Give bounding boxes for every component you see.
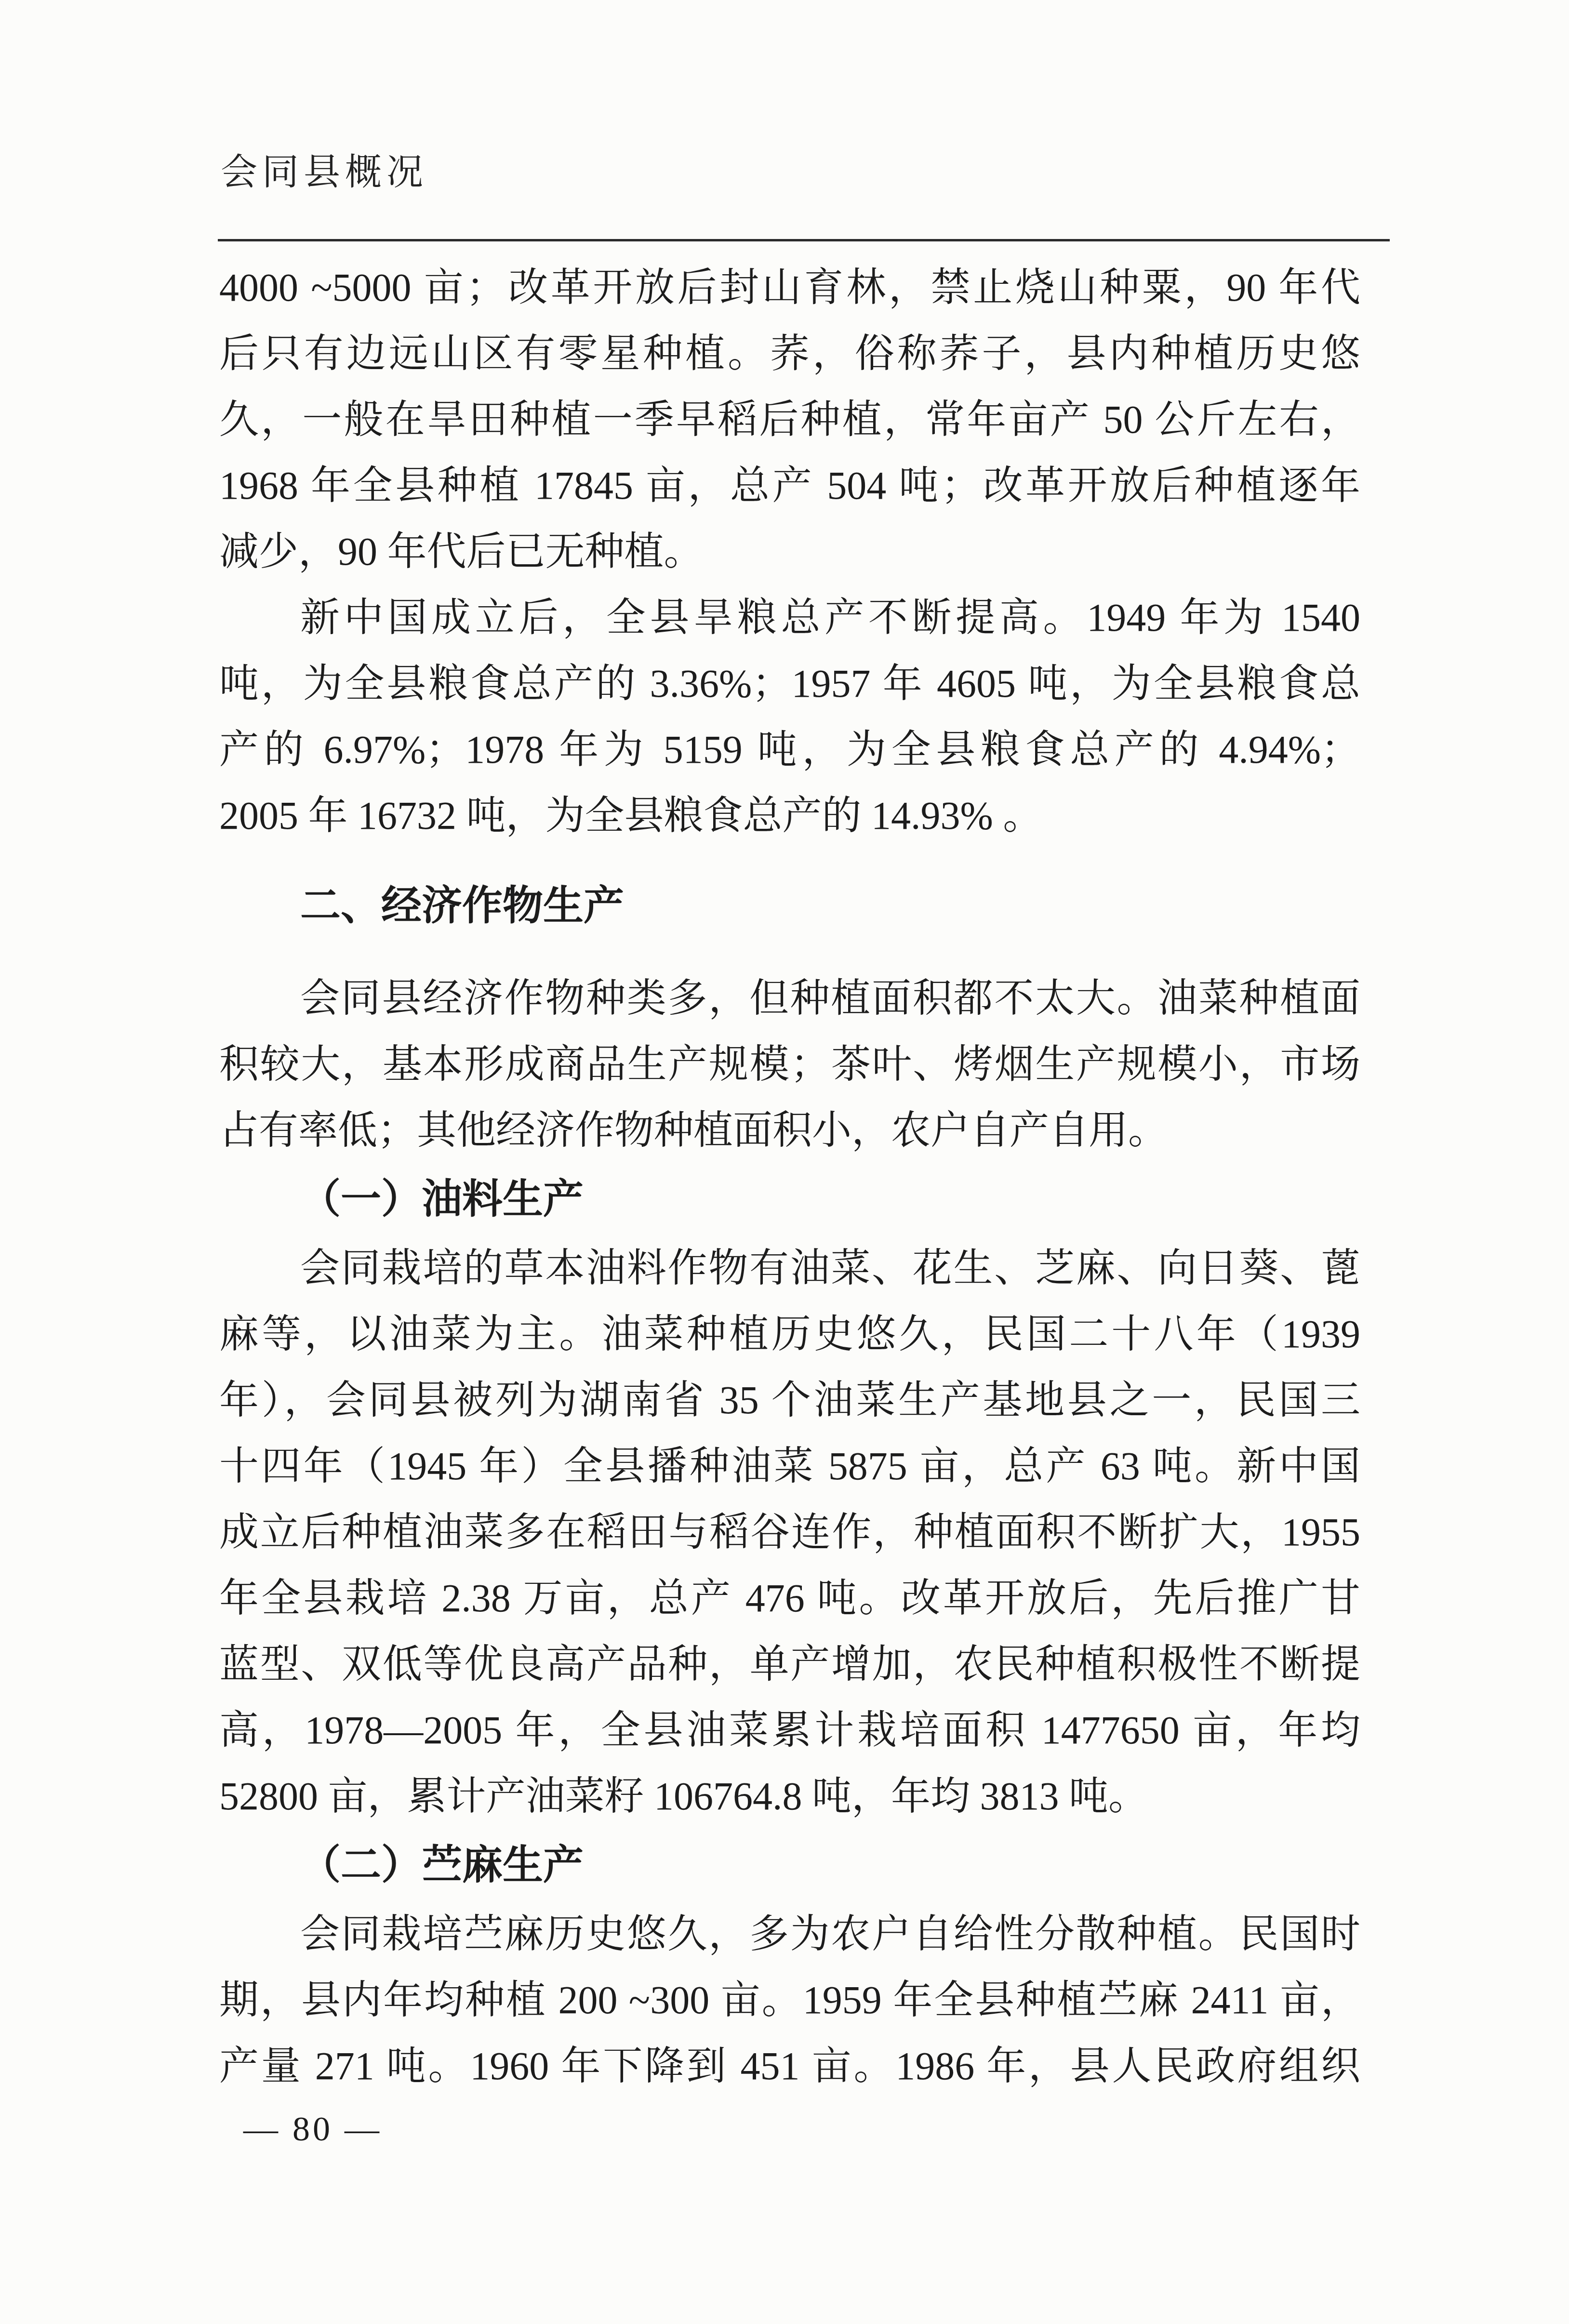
text-line: 期，县内年均种植 200 ~300 亩。1959 年全县种植苎麻 2411 亩，: [219, 1967, 1360, 2033]
text-line: 减少，90 年代后已无种植。: [219, 518, 1360, 584]
text-line: 后只有边远山区有零星种植。荞，俗称荞子，县内种植历史悠: [219, 320, 1360, 386]
text-line: 积较大，基本形成商品生产规模；茶叶、烤烟生产规模小，市场: [219, 1031, 1360, 1097]
header-rule: [218, 239, 1390, 241]
text-line: 年），会同县被列为湖南省 35 个油菜生产基地县之一，民国三: [219, 1367, 1360, 1433]
text-line: 产的 6.97%；1978 年为 5159 吨，为全县粮食总产的 4.94%；: [219, 717, 1360, 783]
text-line: 麻等，以油菜为主。油菜种植历史悠久，民国二十八年（1939: [219, 1301, 1360, 1367]
text-line: 新中国成立后，全县旱粮总产不断提高。1949 年为 1540: [219, 584, 1360, 651]
subsection-heading: （二）苎麻生产: [219, 1832, 1360, 1898]
text-line: 高，1978—2005 年，全县油菜累计栽培面积 1477650 亩，年均: [219, 1697, 1360, 1763]
text-line: 占有率低；其他经济作物种植面积小，农户自产自用。: [219, 1097, 1360, 1163]
text-line: 会同栽培的草本油料作物有油菜、花生、芝麻、向日葵、蓖: [219, 1235, 1360, 1301]
text-line: 久，一般在旱田种植一季早稻后种植，常年亩产 50 公斤左右，: [219, 386, 1360, 452]
page-number: — 80 —: [243, 2105, 382, 2153]
text-line: 吨，为全县粮食总产的 3.36%；1957 年 4605 吨，为全县粮食总: [219, 651, 1360, 717]
text-line: 产量 271 吨。1960 年下降到 451 亩。1986 年，县人民政府组织: [219, 2033, 1360, 2099]
running-head: 会同县概况: [221, 148, 428, 197]
section-heading: 二、经济作物生产: [219, 873, 1360, 939]
scanned-book-page: 会同县概况 4000 ~5000 亩；改革开放后封山育林，禁止烧山种粟，90 年…: [0, 0, 1569, 2324]
text-line: 成立后种植油菜多在稻田与稻谷连作，种植面积不断扩大，1955: [219, 1499, 1360, 1565]
text-line: 52800 亩，累计产油菜籽 106764.8 吨，年均 3813 吨。: [219, 1763, 1360, 1829]
text-line: 会同县经济作物种类多，但种植面积都不太大。油菜种植面: [219, 965, 1360, 1031]
text-line: 年全县栽培 2.38 万亩，总产 476 吨。改革开放后，先后推广甘: [219, 1565, 1360, 1631]
text-line: 1968 年全县种植 17845 亩，总产 504 吨；改革开放后种植逐年: [219, 452, 1360, 518]
text-line: 会同栽培苎麻历史悠久，多为农户自给性分散种植。民国时: [219, 1901, 1360, 1967]
text-line: 十四年（1945 年）全县播种油菜 5875 亩，总产 63 吨。新中国: [219, 1433, 1360, 1499]
text-line: 蓝型、双低等优良高产品种，单产增加，农民种植积极性不断提: [219, 1631, 1360, 1697]
text-line: 4000 ~5000 亩；改革开放后封山育林，禁止烧山种粟，90 年代: [219, 254, 1360, 320]
page-body: 4000 ~5000 亩；改革开放后封山育林，禁止烧山种粟，90 年代 后只有边…: [219, 254, 1360, 2099]
text-line: 2005 年 16732 吨，为全县粮食总产的 14.93% 。: [219, 783, 1360, 849]
subsection-heading: （一）油料生产: [219, 1166, 1360, 1232]
